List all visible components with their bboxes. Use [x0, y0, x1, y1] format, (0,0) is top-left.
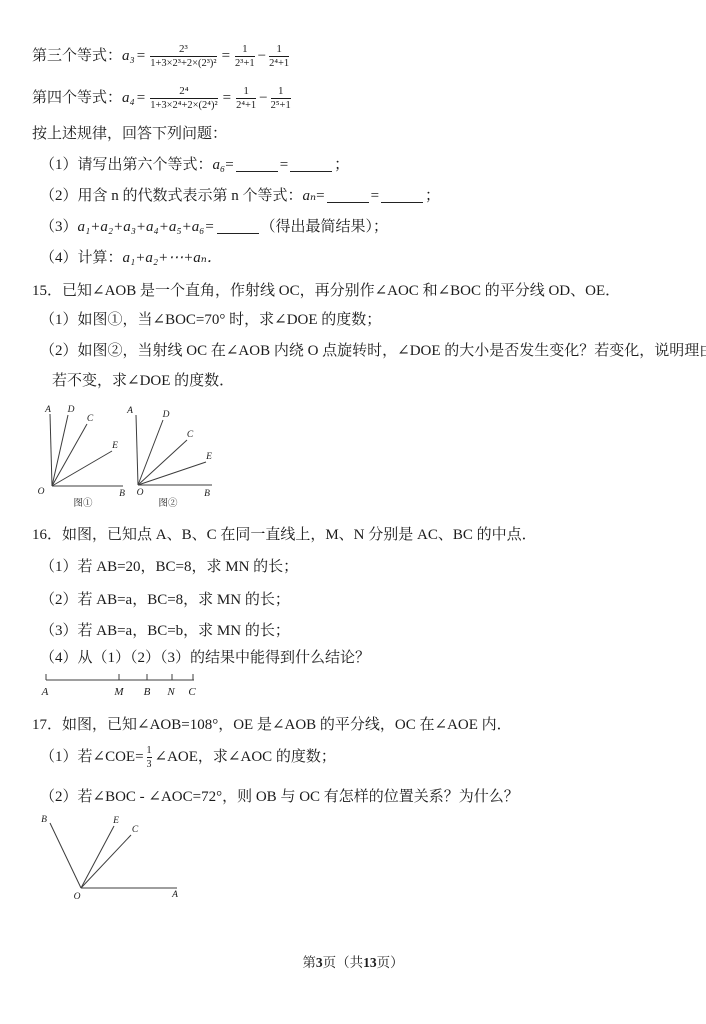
fig1-ray-od [52, 415, 68, 486]
problem-16-item-1: （1）若 AB=20，BC=8，求 MN 的长； [40, 557, 298, 577]
answer-blank [290, 157, 332, 172]
fig2-label-A: A [126, 406, 133, 416]
answer-blank [381, 188, 423, 203]
equals-sign: = [137, 46, 145, 66]
fraction-bar [235, 56, 255, 57]
item-text: （3） [40, 219, 78, 235]
equals-sign: = [137, 88, 145, 108]
equals-sign: = [371, 188, 379, 204]
fig1-ray-oa [50, 414, 52, 486]
fig2-ray-oc [138, 440, 187, 485]
intro-item-3: （3）a₁+a₂+a₃+a₄+a₅+a₆=（得出最简结果）； [40, 217, 388, 237]
fig1-label-D: D [67, 405, 75, 415]
item-text: （1）若∠COE= [40, 747, 144, 767]
minus-sign: − [259, 88, 267, 108]
intro-item-4: （4）计算：a₁+a₂+⋯+aₙ． [40, 248, 222, 268]
fig1-ray-oe [52, 451, 112, 486]
equals-sign: = [225, 157, 233, 173]
total-pages: 13 [363, 955, 377, 970]
problem-17-item-2: （2）若∠BOC - ∠AOC=72°，则 OB 与 OC 有怎样的位置关系？为… [40, 787, 519, 807]
figure-16-segment: A M B N C [38, 666, 203, 700]
problem-15-heading: 15．已知∠AOB 是一个直角，作射线 OC，再分别作∠AOC 和∠BOC 的平… [32, 281, 620, 301]
equation-a3-line: 第三个等式： a₃ = 2³1+3×2³+2×(2³)² = 12³+1 − 1… [32, 38, 292, 74]
item-text: （1）如图①，当∠BOC=70° 时，求∠DOE 的度数； [40, 312, 381, 328]
fig1-caption: 图① [73, 498, 93, 509]
fig1-ray-oc [52, 424, 87, 486]
fig2-label-B: B [204, 489, 210, 499]
fig2-label-E: E [205, 452, 212, 462]
footer-text: 页） [377, 955, 404, 970]
item-text: （4）从（1）（2）（3）的结果中能得到什么结论？ [40, 650, 370, 666]
fig16-label-A: A [41, 686, 49, 698]
fraction-bar [150, 56, 216, 57]
fraction-denominator: 1+3×2⁴+2×(2⁴)² [150, 100, 217, 112]
fig16-label-B: B [144, 686, 151, 698]
problem-17-heading: 17．如图，已知∠AOB=108°，OE 是∠AOB 的平分线，OC 在∠AOE… [32, 715, 512, 735]
equation-a3-lhs: a₃ [122, 46, 135, 66]
item-text: （4）计算： [40, 250, 123, 266]
item-text: （1）请写出第六个等式： [40, 157, 213, 173]
figure-17-angles: B E C O A [28, 812, 193, 907]
intro-prompt: 按上述规律，回答下列问题： [32, 124, 227, 144]
item-text: （3）若 AB=a，BC=b，求 MN 的长； [40, 623, 290, 639]
fig17-label-O: O [74, 892, 81, 902]
item-text: （2）如图②，当射线 OC 在∠AOB 内绕 O 点旋转时，∠DOE 的大小是否… [40, 343, 706, 359]
fig17-ray-oe [81, 826, 114, 888]
item-text: 若不变，求∠DOE 的度数． [52, 373, 234, 389]
problem-15-item-2-cont: 若不变，求∠DOE 的度数． [52, 371, 234, 391]
fig2-label-D: D [162, 410, 170, 420]
fraction-bar [147, 757, 152, 758]
fraction-main: 2⁴1+3×2⁴+2×(2⁴)² [150, 85, 217, 112]
footer-text: 页（共 [323, 955, 364, 970]
variable-an: aₙ [303, 188, 317, 204]
page-number: 3 [316, 955, 323, 970]
item-text: （得出最简结果）； [261, 219, 389, 235]
item-text: （2）若 AB=a，BC=8，求 MN 的长； [40, 592, 290, 608]
fig17-label-A: A [171, 890, 178, 900]
fraction-denominator: 1+3×2³+2×(2³)² [150, 58, 216, 70]
problem-16-item-3: （3）若 AB=a，BC=b，求 MN 的长； [40, 621, 290, 641]
problem-16-heading-text: 16．如图，已知点 A、B、C 在同一直线上，M、N 分别是 AC、BC 的中点… [32, 527, 537, 543]
fraction-bar [150, 98, 217, 99]
footer-text: 第 [302, 955, 316, 970]
fig16-label-C: C [188, 686, 196, 698]
fraction-numerator: 1 [276, 43, 282, 55]
fig2-ray-oa [136, 415, 138, 485]
punctuation: ； [334, 157, 349, 173]
equals-sign: = [316, 188, 324, 204]
equation-a4-line: 第四个等式： a₄ = 2⁴1+3×2⁴+2×(2⁴)² = 12⁴+1 − 1… [32, 80, 294, 116]
problem-16-heading: 16．如图，已知点 A、B、C 在同一直线上，M、N 分别是 AC、BC 的中点… [32, 525, 537, 545]
fraction-a: 12³+1 [235, 43, 255, 70]
fig17-ray-ob [50, 823, 81, 888]
fraction-bar [271, 98, 291, 99]
fraction-numerator: 1 [242, 43, 248, 55]
fraction-main: 2³1+3×2³+2×(2³)² [150, 43, 216, 70]
item-text: （2）用含 n 的代数式表示第 n 个等式： [40, 188, 303, 204]
fraction-numerator: 1 [278, 85, 284, 97]
problem-16-item-2: （2）若 AB=a，BC=8，求 MN 的长； [40, 590, 290, 610]
item-text: （2）若∠BOC - ∠AOC=72°，则 OB 与 OC 有怎样的位置关系？为… [40, 789, 519, 805]
fig1-label-E: E [111, 441, 118, 451]
fraction-denominator: 3 [147, 759, 152, 770]
fig1-label-C: C [87, 414, 94, 424]
fraction-numerator: 1 [243, 85, 249, 97]
problem-15-item-2: （2）如图②，当射线 OC 在∠AOB 内绕 O 点旋转时，∠DOE 的大小是否… [40, 341, 706, 361]
answer-blank [217, 219, 259, 234]
problem-17-heading-text: 17．如图，已知∠AOB=108°，OE 是∠AOB 的平分线，OC 在∠AOE… [32, 717, 512, 733]
problem-16-item-4: （4）从（1）（2）（3）的结果中能得到什么结论？ [40, 648, 370, 668]
equation-a4-lhs: a₄ [122, 88, 135, 108]
fraction-numerator: 1 [147, 745, 152, 756]
fig17-label-C: C [132, 825, 139, 835]
worksheet-page: { "intro": { "eq3": { "label": "第三个等式：",… [0, 0, 706, 1024]
minus-sign: − [258, 46, 266, 66]
item-text: ∠AOE，求∠AOC 的度数； [155, 747, 336, 767]
variable-a6: a₆ [213, 157, 226, 173]
punctuation: ； [425, 188, 440, 204]
fraction-bar [236, 98, 256, 99]
equals-sign: = [280, 157, 288, 173]
page-footer: 第3页（共13页） [0, 951, 706, 971]
equals-sign: = [222, 46, 230, 66]
intro-prompt-text: 按上述规律，回答下列问题： [32, 126, 227, 142]
intro-item-2: （2）用含 n 的代数式表示第 n 个等式：aₙ==； [40, 186, 440, 206]
answer-blank [236, 157, 278, 172]
sum-expression: a₁+a₂+a₃+a₄+a₅+a₆= [78, 219, 215, 235]
fraction-bar [269, 56, 289, 57]
fraction-denominator: 2³+1 [235, 58, 255, 70]
answer-blank [327, 188, 369, 203]
fig1-label-O: O [38, 487, 45, 497]
fig17-ray-oc [81, 835, 131, 888]
fraction-b: 12⁵+1 [271, 85, 291, 112]
fraction-numerator: 2⁴ [179, 85, 188, 97]
fig16-label-M: M [113, 686, 124, 698]
fraction-denominator: 2⁴+1 [236, 100, 256, 112]
fraction-one-third: 13 [147, 745, 152, 770]
problem-15-item-1: （1）如图①，当∠BOC=70° 时，求∠DOE 的度数； [40, 310, 381, 330]
item-text: （1）若 AB=20，BC=8，求 MN 的长； [40, 559, 298, 575]
problem-15-heading-text: 15．已知∠AOB 是一个直角，作射线 OC，再分别作∠AOC 和∠BOC 的平… [32, 283, 620, 299]
fig16-label-N: N [166, 686, 175, 698]
fig2-ray-oe [138, 462, 206, 485]
equation-a3-label: 第三个等式： [32, 46, 122, 66]
fraction-b: 12⁴+1 [269, 43, 289, 70]
fig2-label-O: O [137, 488, 144, 498]
fig1-label-A: A [44, 405, 51, 415]
sum-expression: a₁+a₂+⋯+aₙ． [123, 250, 222, 266]
equation-a4-label: 第四个等式： [32, 88, 122, 108]
fig17-label-E: E [112, 816, 119, 826]
fraction-a: 12⁴+1 [236, 85, 256, 112]
fig2-label-C: C [187, 430, 194, 440]
figure-15-angles: A D C E O B 图① A D C E O B 图② [30, 400, 230, 512]
equals-sign: = [223, 88, 231, 108]
fraction-denominator: 2⁵+1 [271, 100, 291, 112]
fraction-numerator: 2³ [179, 43, 188, 55]
fraction-denominator: 2⁴+1 [269, 58, 289, 70]
fig1-label-B: B [119, 489, 125, 499]
fig17-label-B: B [41, 815, 47, 825]
fig2-ray-od [138, 420, 163, 485]
fig2-caption: 图② [158, 498, 178, 509]
intro-item-1: （1）请写出第六个等式：a₆==； [40, 155, 349, 175]
problem-17-item-1: （1）若∠COE= 13 ∠AOE，求∠AOC 的度数； [40, 744, 336, 770]
